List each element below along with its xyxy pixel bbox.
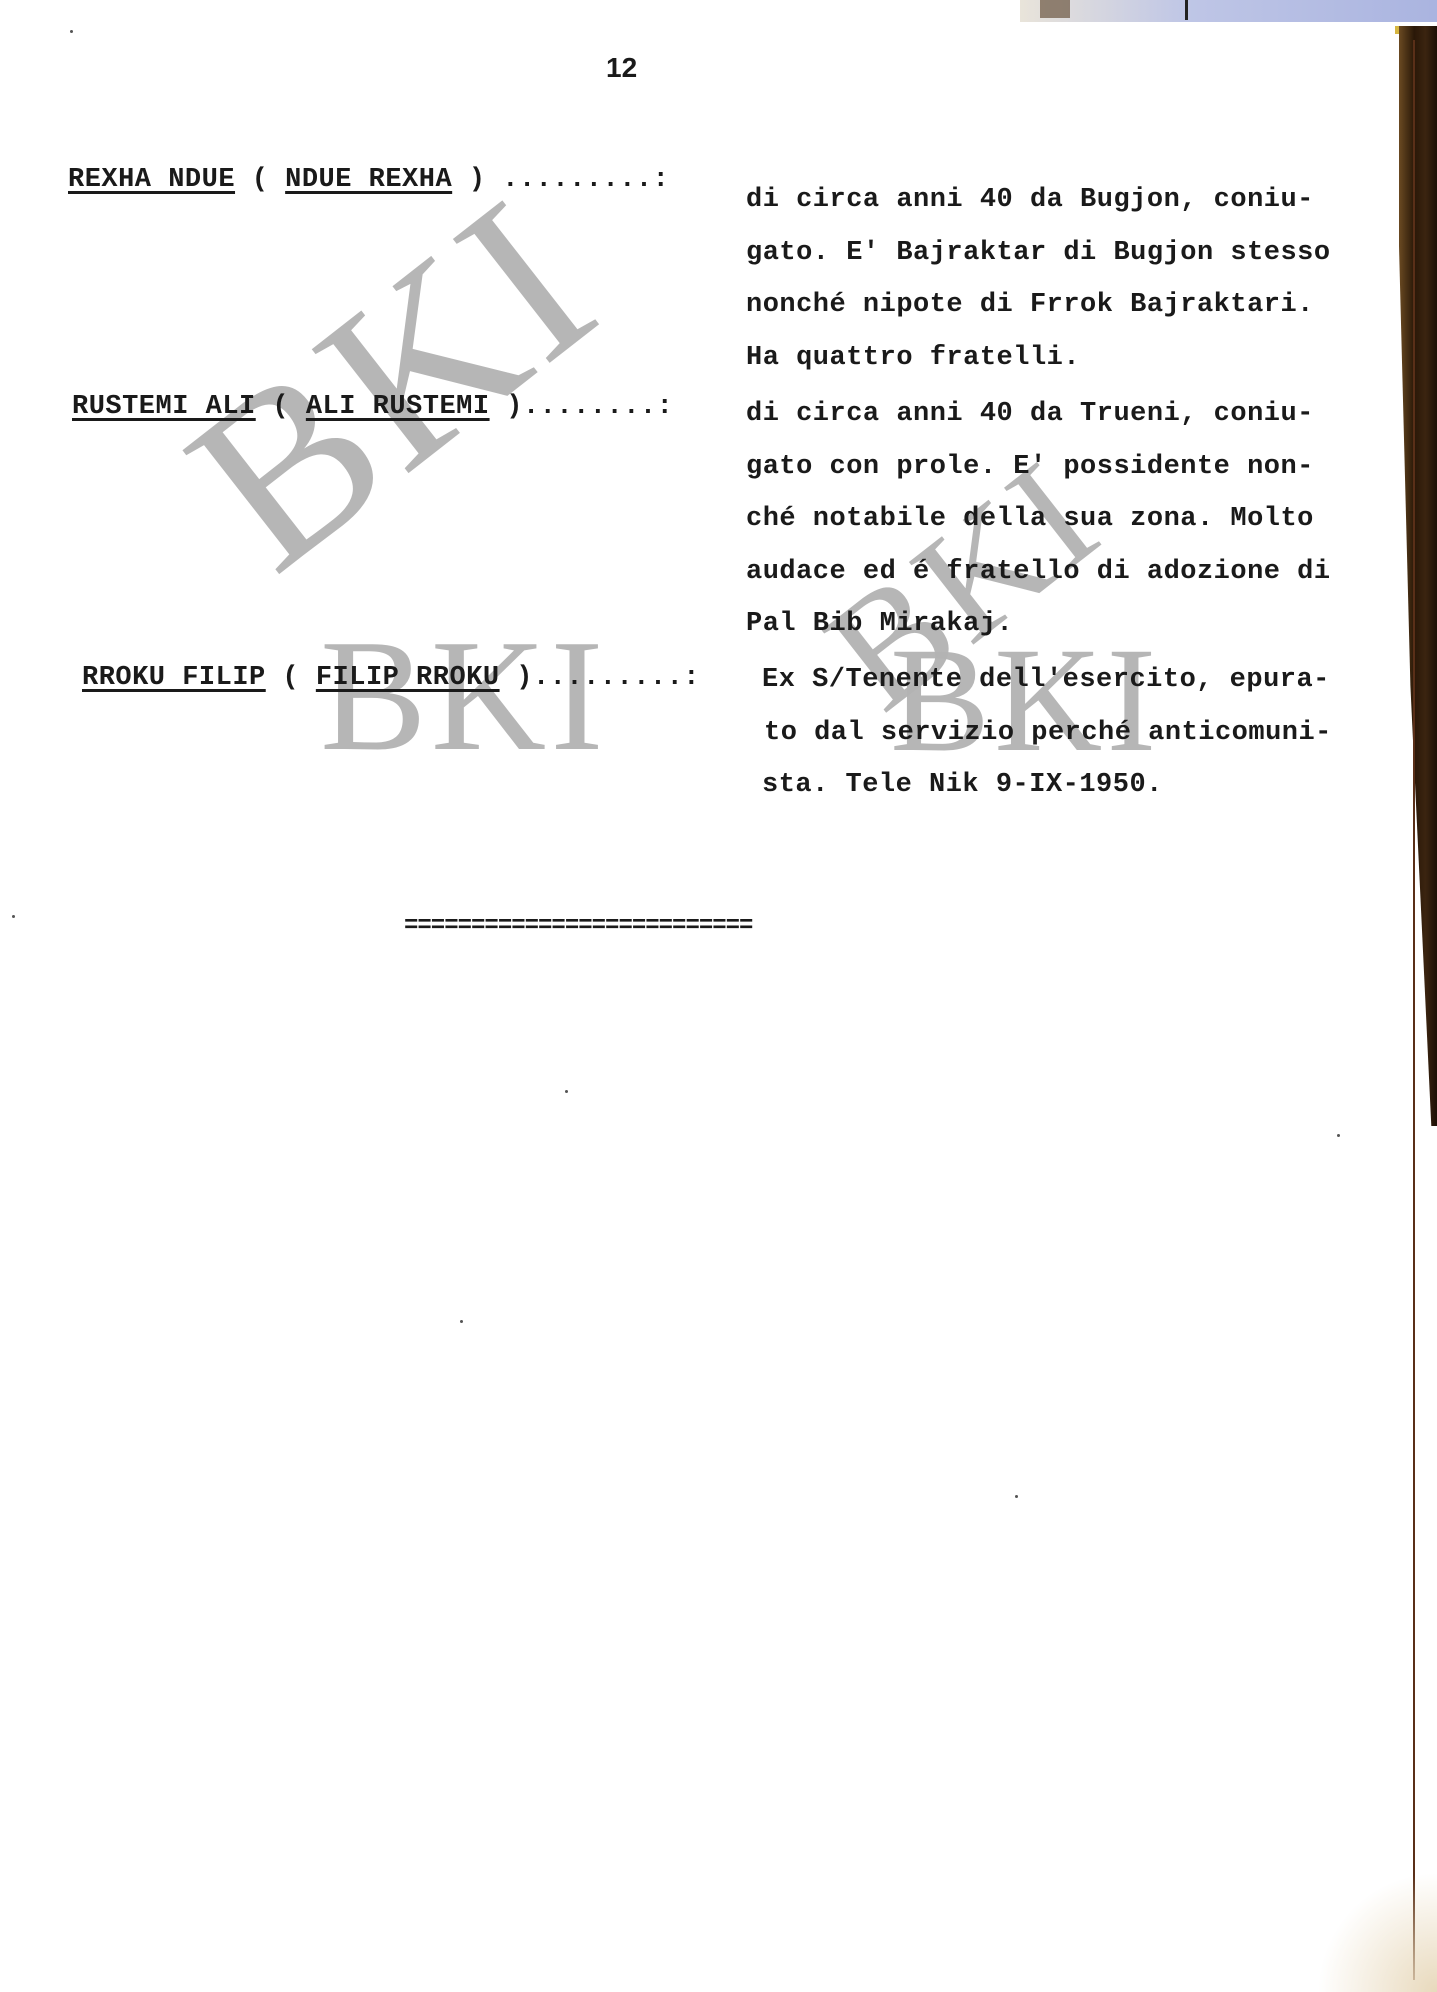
scan-top-line — [1185, 0, 1188, 20]
entry-line: Ex S/Tenente dell'esercito, epura- — [762, 654, 1332, 707]
entry-line: di circa anni 40 da Bugjon, coniu- — [746, 174, 1331, 227]
entry-line: ché notabile della sua zona. Molto — [746, 493, 1331, 546]
page-number: 12 — [606, 52, 637, 84]
entry-leader: .........: — [533, 663, 700, 693]
scan-speck — [70, 30, 73, 33]
entry-name-first: NDUE REXHA — [285, 165, 452, 195]
entry-line: Ha quattro fratelli. — [746, 332, 1331, 385]
entry-label: RROKU FILIP ( FILIP RROKU ).........: — [82, 663, 700, 693]
scan-top-artifact — [1040, 0, 1070, 18]
scan-speck — [12, 915, 15, 918]
entry-surname-first: RUSTEMI ALI — [72, 392, 256, 422]
entry-line: di circa anni 40 da Trueni, coniu- — [746, 388, 1331, 441]
entry-line: gato con prole. E' possidente non- — [746, 441, 1331, 494]
page-edge-line — [1413, 40, 1415, 1980]
book-binding — [1399, 26, 1437, 1126]
entry-surname-first: REXHA NDUE — [68, 165, 235, 195]
entry-leader: .........: — [502, 165, 669, 195]
entry-leader: ........: — [523, 392, 673, 422]
section-separator: ========================== — [404, 913, 752, 940]
scan-speck — [460, 1320, 463, 1323]
scan-speck — [1337, 1134, 1340, 1137]
entry-line: Pal Bib Mirakaj. — [746, 598, 1331, 651]
entry-description: di circa anni 40 da Trueni, coniu-gato c… — [746, 388, 1331, 651]
entry-label: RUSTEMI ALI ( ALI RUSTEMI )........: — [72, 392, 673, 422]
entry-label: REXHA NDUE ( NDUE REXHA ) .........: — [68, 165, 669, 195]
entry-description: Ex S/Tenente dell'esercito, epura-to dal… — [762, 654, 1332, 812]
entry-surname-first: RROKU FILIP — [82, 663, 266, 693]
watermark: BKI — [320, 615, 608, 775]
entry-line: sta. Tele Nik 9-IX-1950. — [762, 759, 1332, 812]
scan-top-edge — [1020, 0, 1437, 22]
page-corner-shadow — [1317, 1872, 1437, 1992]
entry-description: di circa anni 40 da Bugjon, coniu-gato. … — [746, 174, 1331, 384]
entry-line: audace ed é fratello di adozione di — [746, 546, 1331, 599]
entry-line: nonché nipote di Frrok Bajraktari. — [746, 279, 1331, 332]
scan-speck — [565, 1090, 568, 1093]
entry-line: to dal servizio perché anticomuni- — [762, 707, 1332, 760]
watermark: BKI — [150, 158, 633, 609]
entry-name-first: FILIP RROKU — [316, 663, 500, 693]
scan-speck — [1015, 1495, 1018, 1498]
entry-line: gato. E' Bajraktar di Bugjon stesso — [746, 227, 1331, 280]
entry-name-first: ALI RUSTEMI — [306, 392, 490, 422]
